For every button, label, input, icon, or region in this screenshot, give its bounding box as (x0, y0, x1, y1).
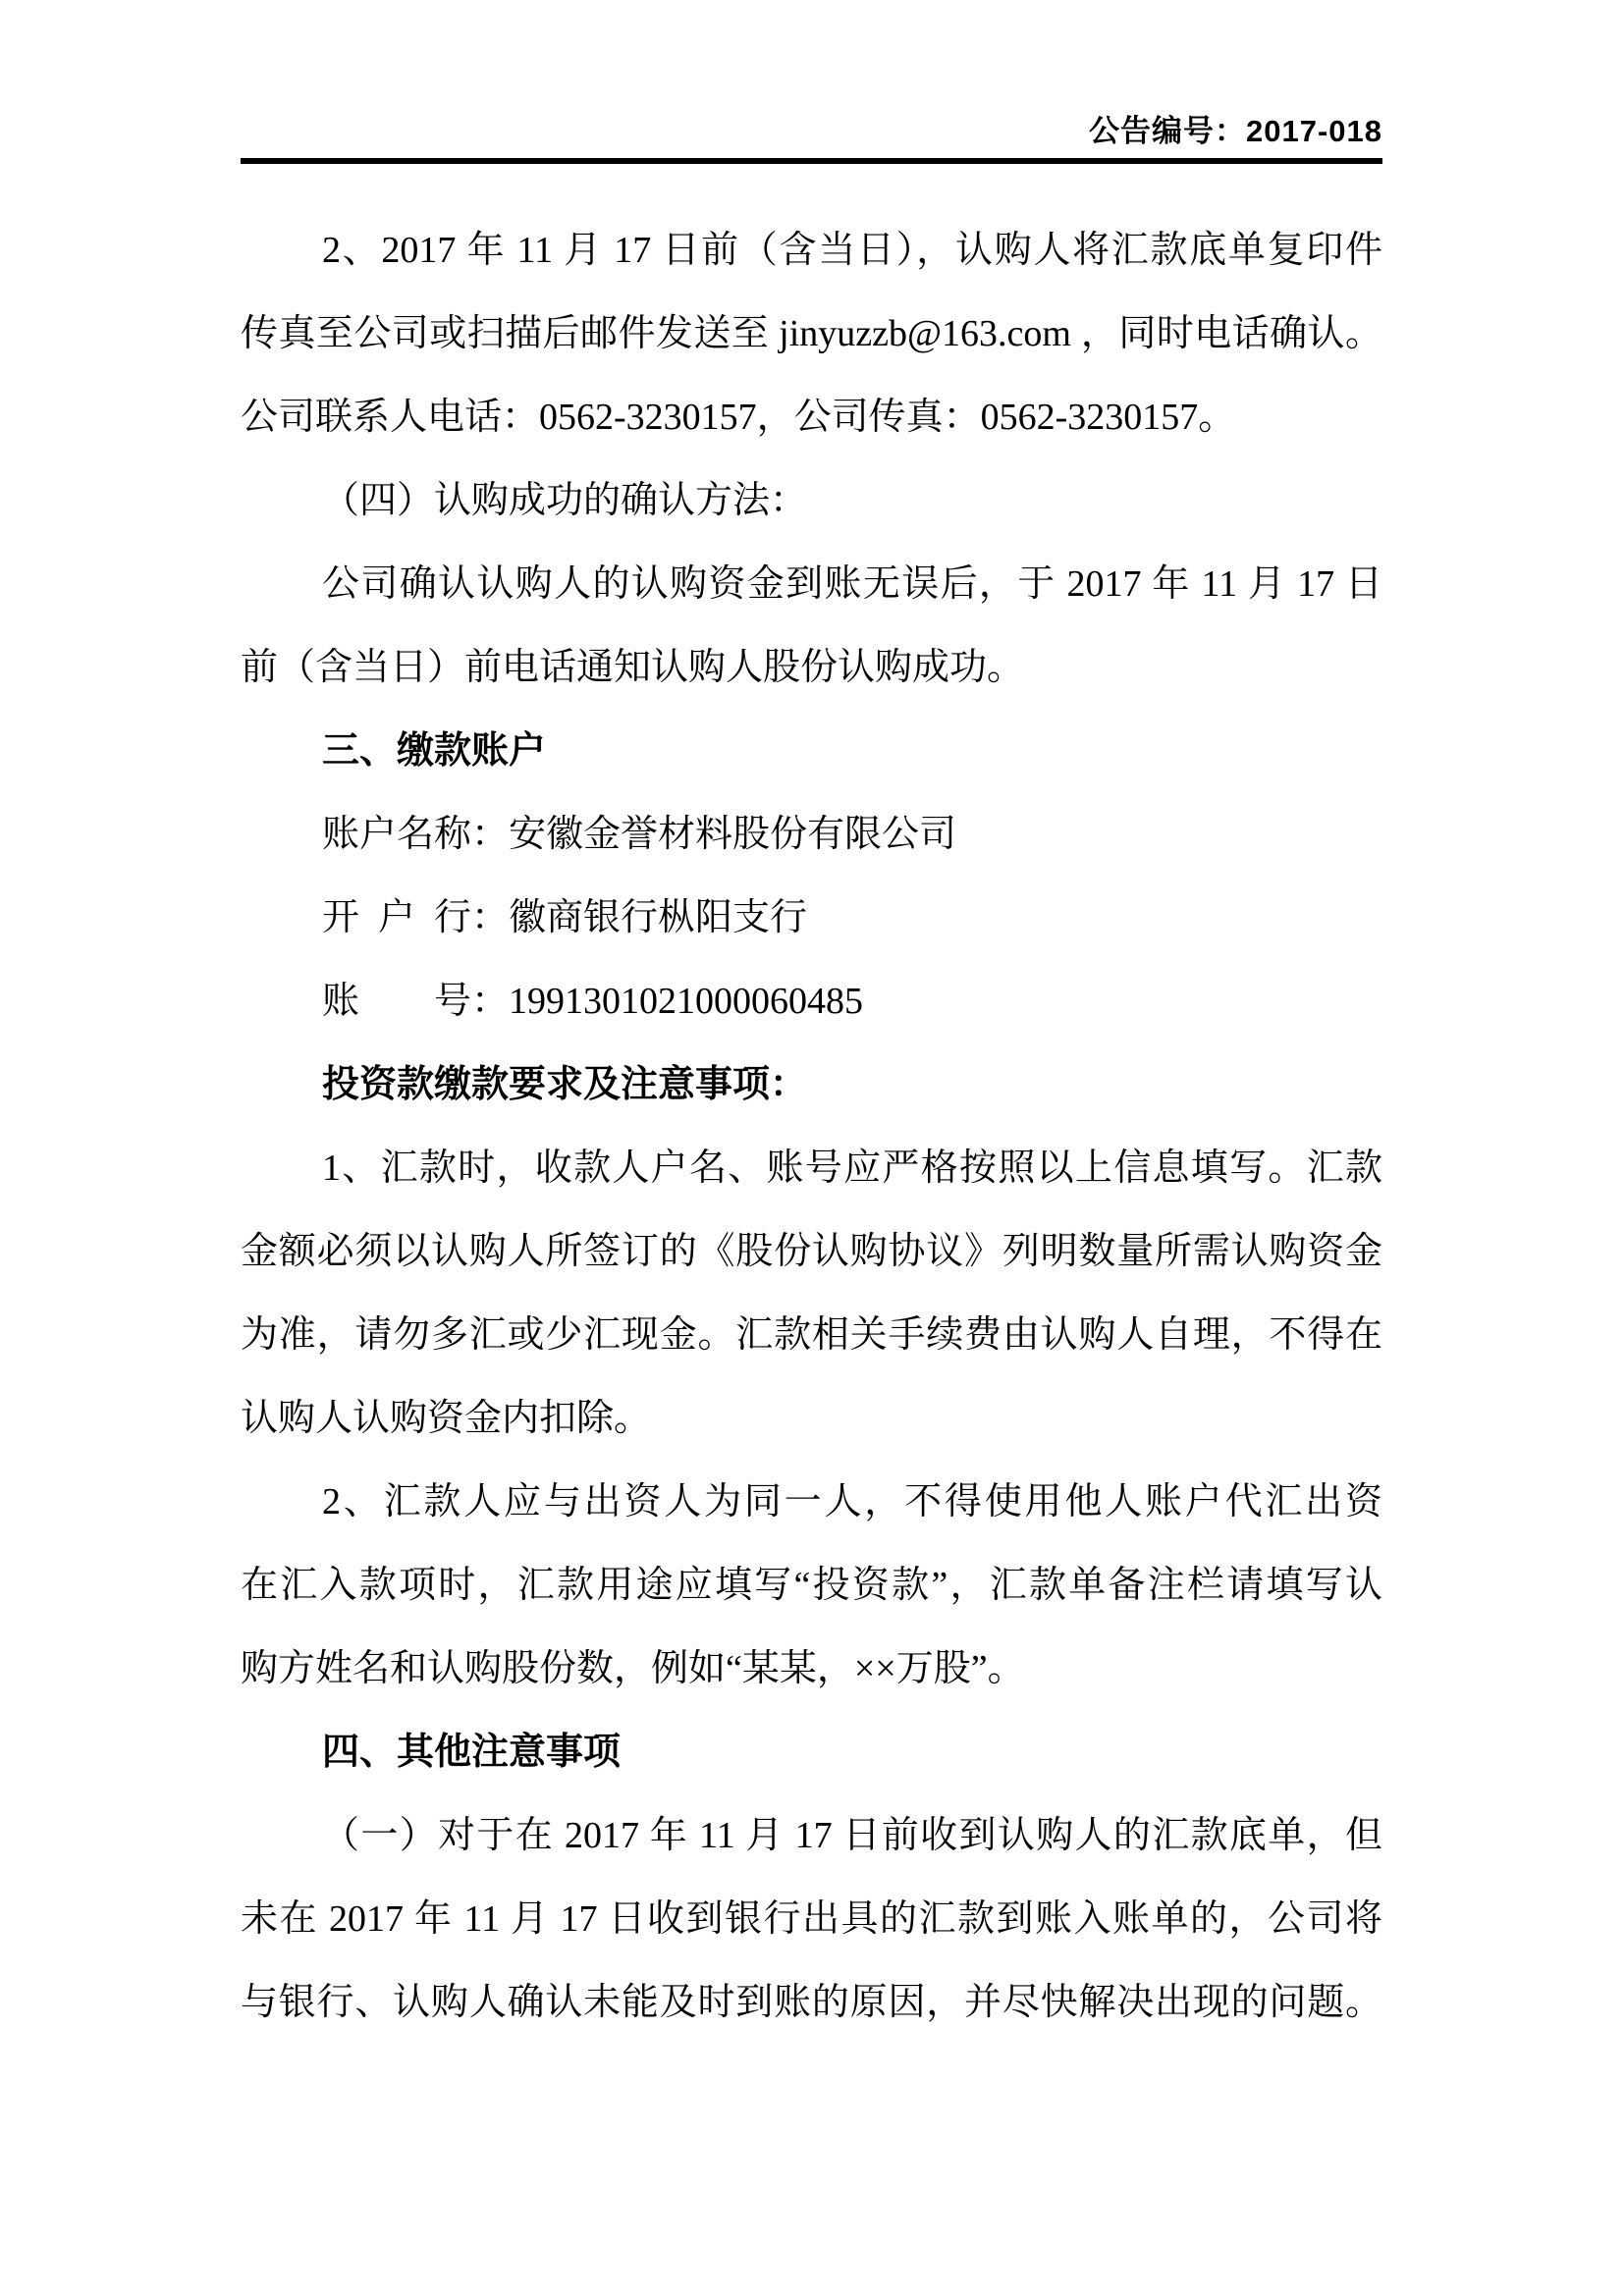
doc-line: 未在 2017 年 11 月 17 日收到银行出具的汇款到账入账单的，公司将 (241, 1878, 1382, 1961)
doc-line: 为准，请勿多汇或少汇现金。汇款相关手续费由认购人自理，不得在 (241, 1294, 1382, 1377)
doc-line-bank-name: 开 户 行：徽商银行枞阳支行 (241, 877, 1382, 960)
doc-line: 金额必须以认购人所签订的《股份认购协议》列明数量所需认购资金 (241, 1210, 1382, 1294)
doc-line: 2、2017 年 11 月 17 日前（含当日），认购人将汇款底单复印件 (241, 209, 1382, 293)
doc-line-account-number: 账 号：1991301021000060485 (241, 960, 1382, 1043)
doc-line-account-name: 账户名称：安徽金誉材料股份有限公司 (241, 793, 1382, 877)
section-heading-other-notes: 四、其他注意事项 (241, 1711, 1382, 1794)
doc-line: 前（含当日）前电话通知认购人股份认购成功。 (241, 626, 1382, 710)
doc-line: 公司确认认购人的认购资金到账无误后，于 2017 年 11 月 17 日 (241, 543, 1382, 626)
header-rule (241, 158, 1382, 164)
document-page: 公告编号：2017-018 2、2017 年 11 月 17 日前（含当日），认… (0, 0, 1624, 2296)
doc-line: 2、汇款人应与出资人为同一人，不得使用他人账户代汇出资款。 (241, 1461, 1382, 1544)
subheading-payment-requirements: 投资款缴款要求及注意事项： (241, 1043, 1382, 1127)
section-heading-payment-account: 三、缴款账户 (241, 710, 1382, 793)
doc-line: （四）认购成功的确认方法： (241, 459, 1382, 543)
doc-line: 在汇入款项时，汇款用途应填写“投资款”，汇款单备注栏请填写认 (241, 1544, 1382, 1628)
doc-line: 1、汇款时，收款人户名、账号应严格按照以上信息填写。汇款 (241, 1127, 1382, 1210)
doc-line: 购方姓名和认购股份数，例如“某某，××万股”。 (241, 1628, 1382, 1711)
announcement-number: 公告编号：2017-018 (241, 108, 1382, 155)
doc-line: （一）对于在 2017 年 11 月 17 日前收到认购人的汇款底单，但 (241, 1794, 1382, 1878)
doc-line: 与银行、认购人确认未能及时到账的原因，并尽快解决出现的问题。 (241, 1961, 1382, 2045)
doc-line: 认购人认购资金内扣除。 (241, 1377, 1382, 1461)
document-body: 2、2017 年 11 月 17 日前（含当日），认购人将汇款底单复印件 传真至… (241, 209, 1382, 2045)
doc-line: 公司联系人电话：0562-3230157，公司传真：0562-3230157。 (241, 376, 1382, 459)
doc-line: 传真至公司或扫描后邮件发送至 jinyuzzb@163.com ，同时电话确认。 (241, 293, 1382, 376)
